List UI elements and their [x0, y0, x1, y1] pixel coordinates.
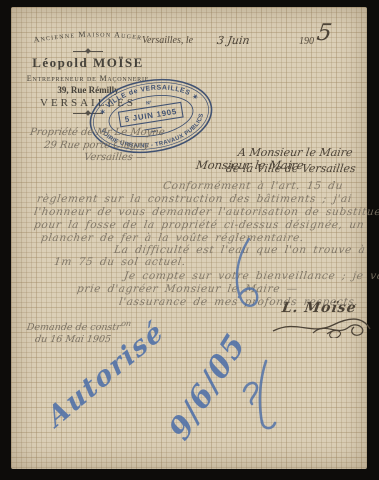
letter-paper: Ancienne Maison Auger Léopold MOÏSE Entr…: [11, 7, 367, 469]
property-line3: Versailles —: [83, 152, 146, 163]
stamp-number-label: N°: [146, 100, 152, 107]
dateline-year-printed: 190: [299, 36, 314, 47]
property-line2: 29 Rue porte Clagny: [43, 140, 149, 151]
registry-note-text: Demande de constr: [26, 322, 121, 333]
blue-paraph-mark: [236, 355, 282, 433]
signature-swirl: [311, 319, 375, 341]
property-line1: Propriété de Mr Le Moyne: [29, 127, 165, 138]
body-line: l'honneur de vous demander l'autorisatio…: [33, 206, 379, 218]
dateline-year-digit: 5: [315, 20, 333, 46]
registry-note-superscript: on: [121, 319, 132, 328]
dateline-place: Versailles, le: [142, 35, 193, 46]
salutation: Monsieur le Maire: [195, 158, 305, 172]
ornament-divider: [73, 51, 103, 52]
blue-paraph-loop: [219, 235, 269, 315]
dateline-day-month: 3 Juin: [216, 34, 250, 47]
registry-note-line1: Demande de constron: [26, 319, 132, 333]
tagline-text: Ancienne Maison Auger: [33, 30, 143, 45]
body-line: pour la fosse de la propriété ci-dessus …: [33, 219, 365, 231]
body-line: 1m 75 du sol actuel.: [53, 256, 187, 268]
letterhead-name: Léopold MOÏSE: [19, 55, 157, 71]
letterhead-arched-tagline: Ancienne Maison Auger: [19, 27, 157, 47]
signature-name: L. Moïse: [281, 300, 358, 316]
scanned-letter: Ancienne Maison Auger Léopold MOÏSE Entr…: [0, 0, 379, 480]
registry-note-line2: du 16 Mai 1905: [34, 334, 112, 345]
body-line: Conformément à l'art. 15 du: [162, 180, 344, 192]
svg-text:Ancienne Maison Auger: Ancienne Maison Auger: [33, 30, 143, 45]
body-line: règlement sur la construction des bâtime…: [36, 193, 353, 205]
